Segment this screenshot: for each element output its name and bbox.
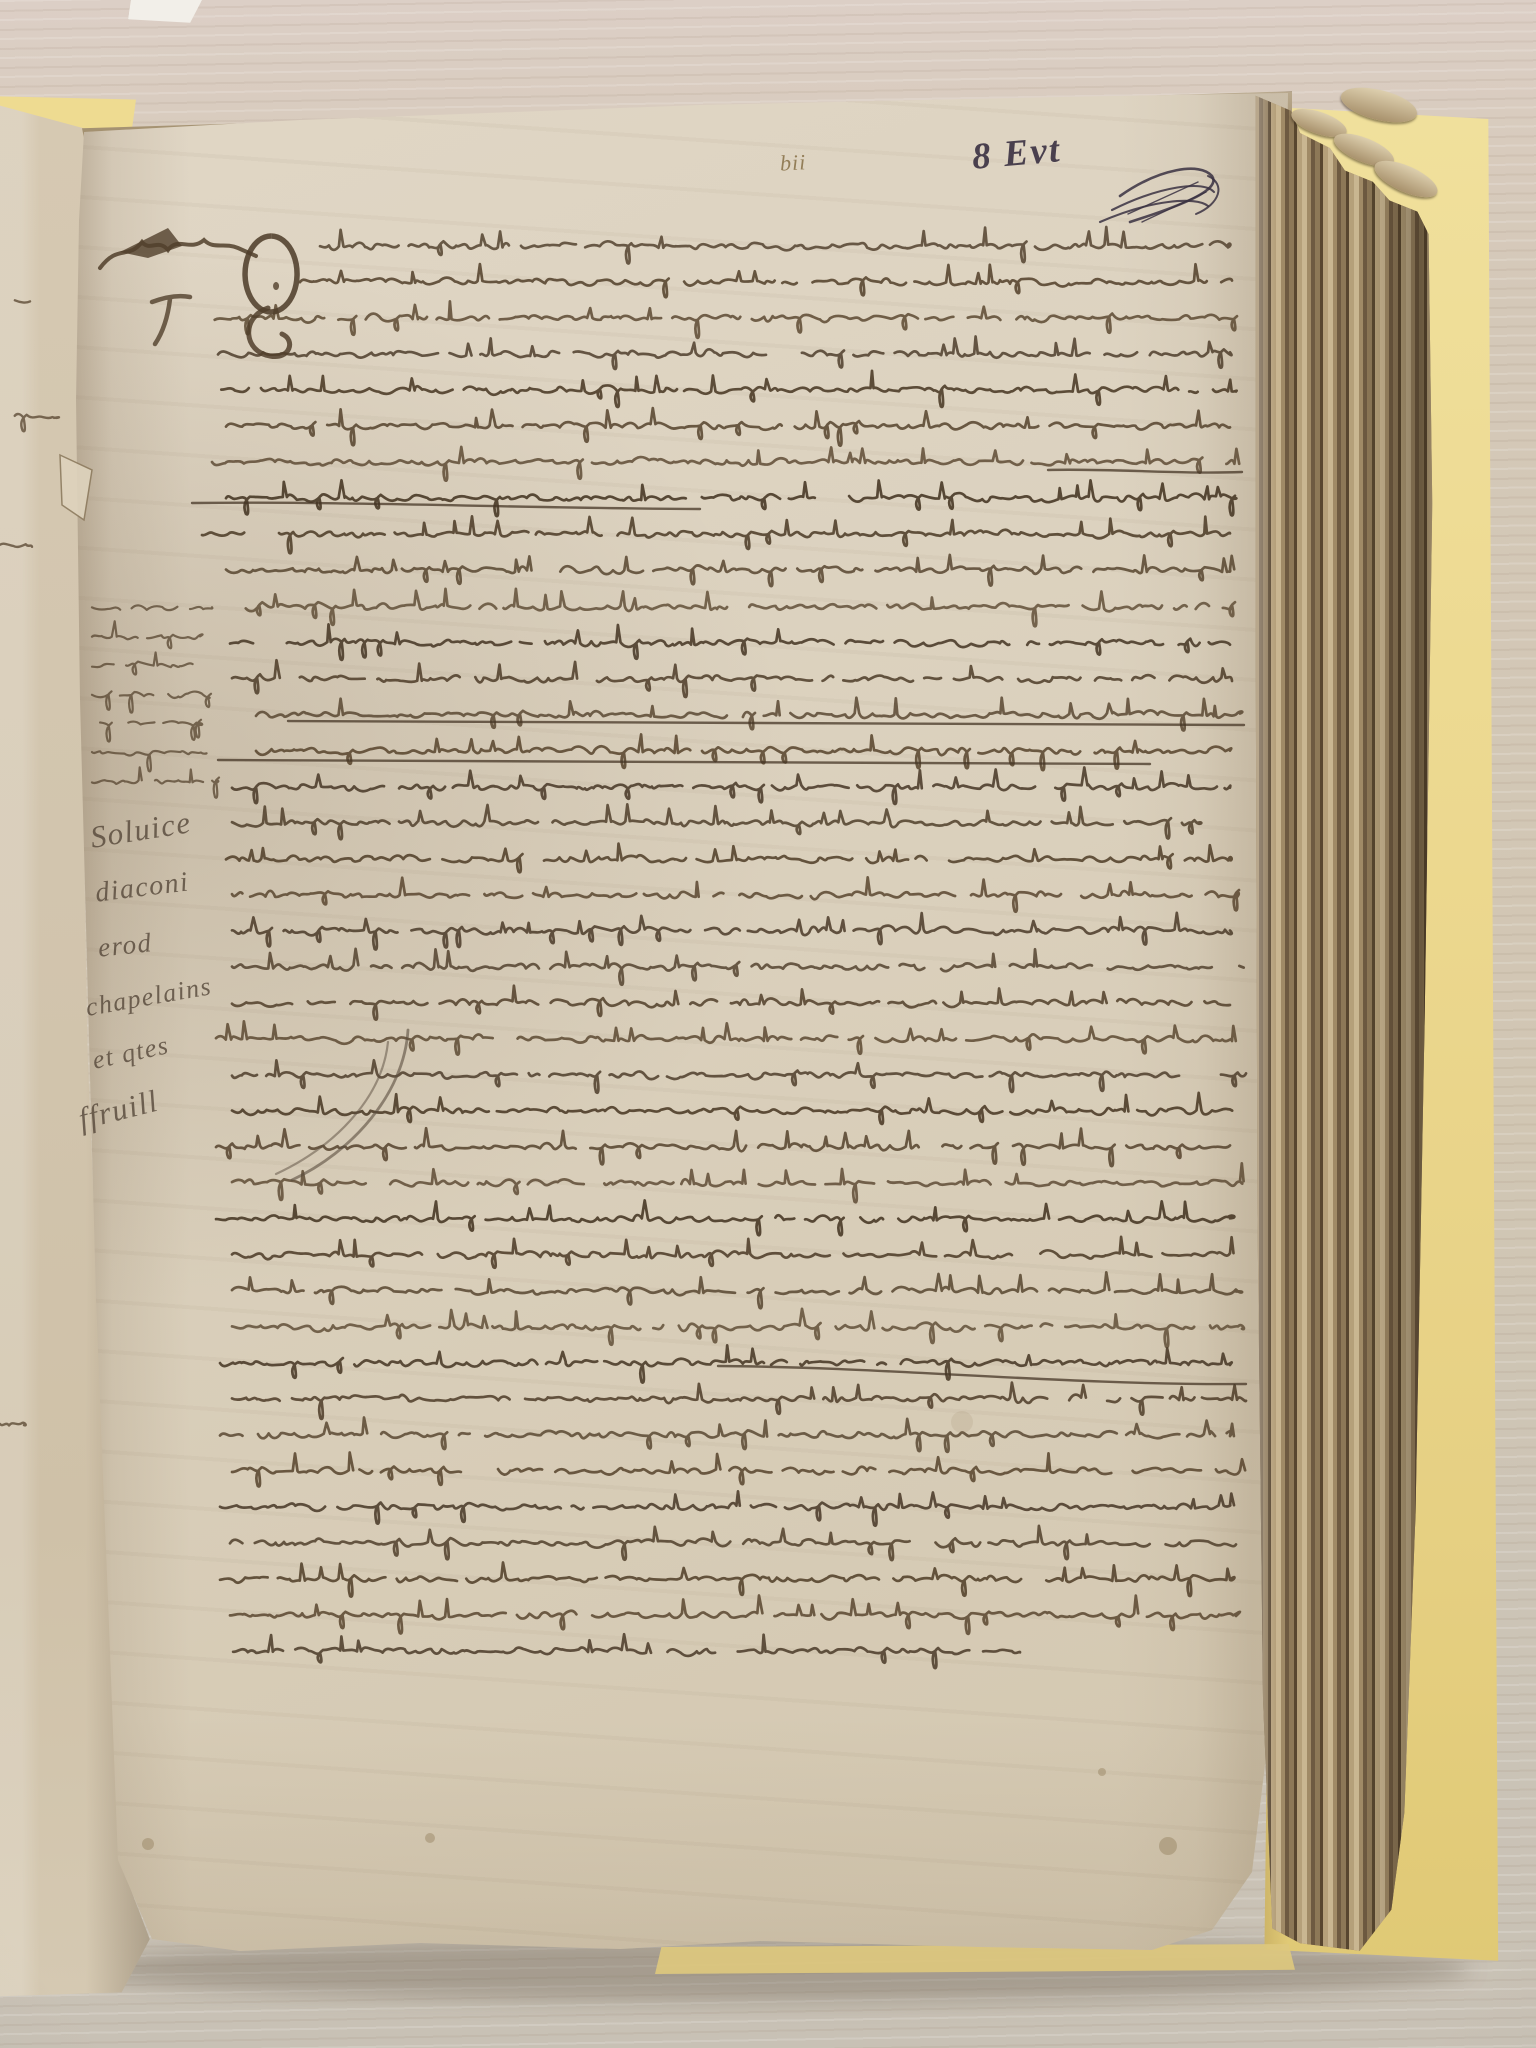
fore-edge-leaves [1250,92,1436,1962]
press-mark: 8 Evt [970,128,1063,179]
manuscript-photo: bii 8 Evt Soluice diaconi erod chapelain… [0,0,1536,2048]
margin-note: erod [97,927,154,964]
yellow-backing-sheet-bottom-edge [655,1944,1295,1974]
folio-mark: bii [779,149,807,176]
